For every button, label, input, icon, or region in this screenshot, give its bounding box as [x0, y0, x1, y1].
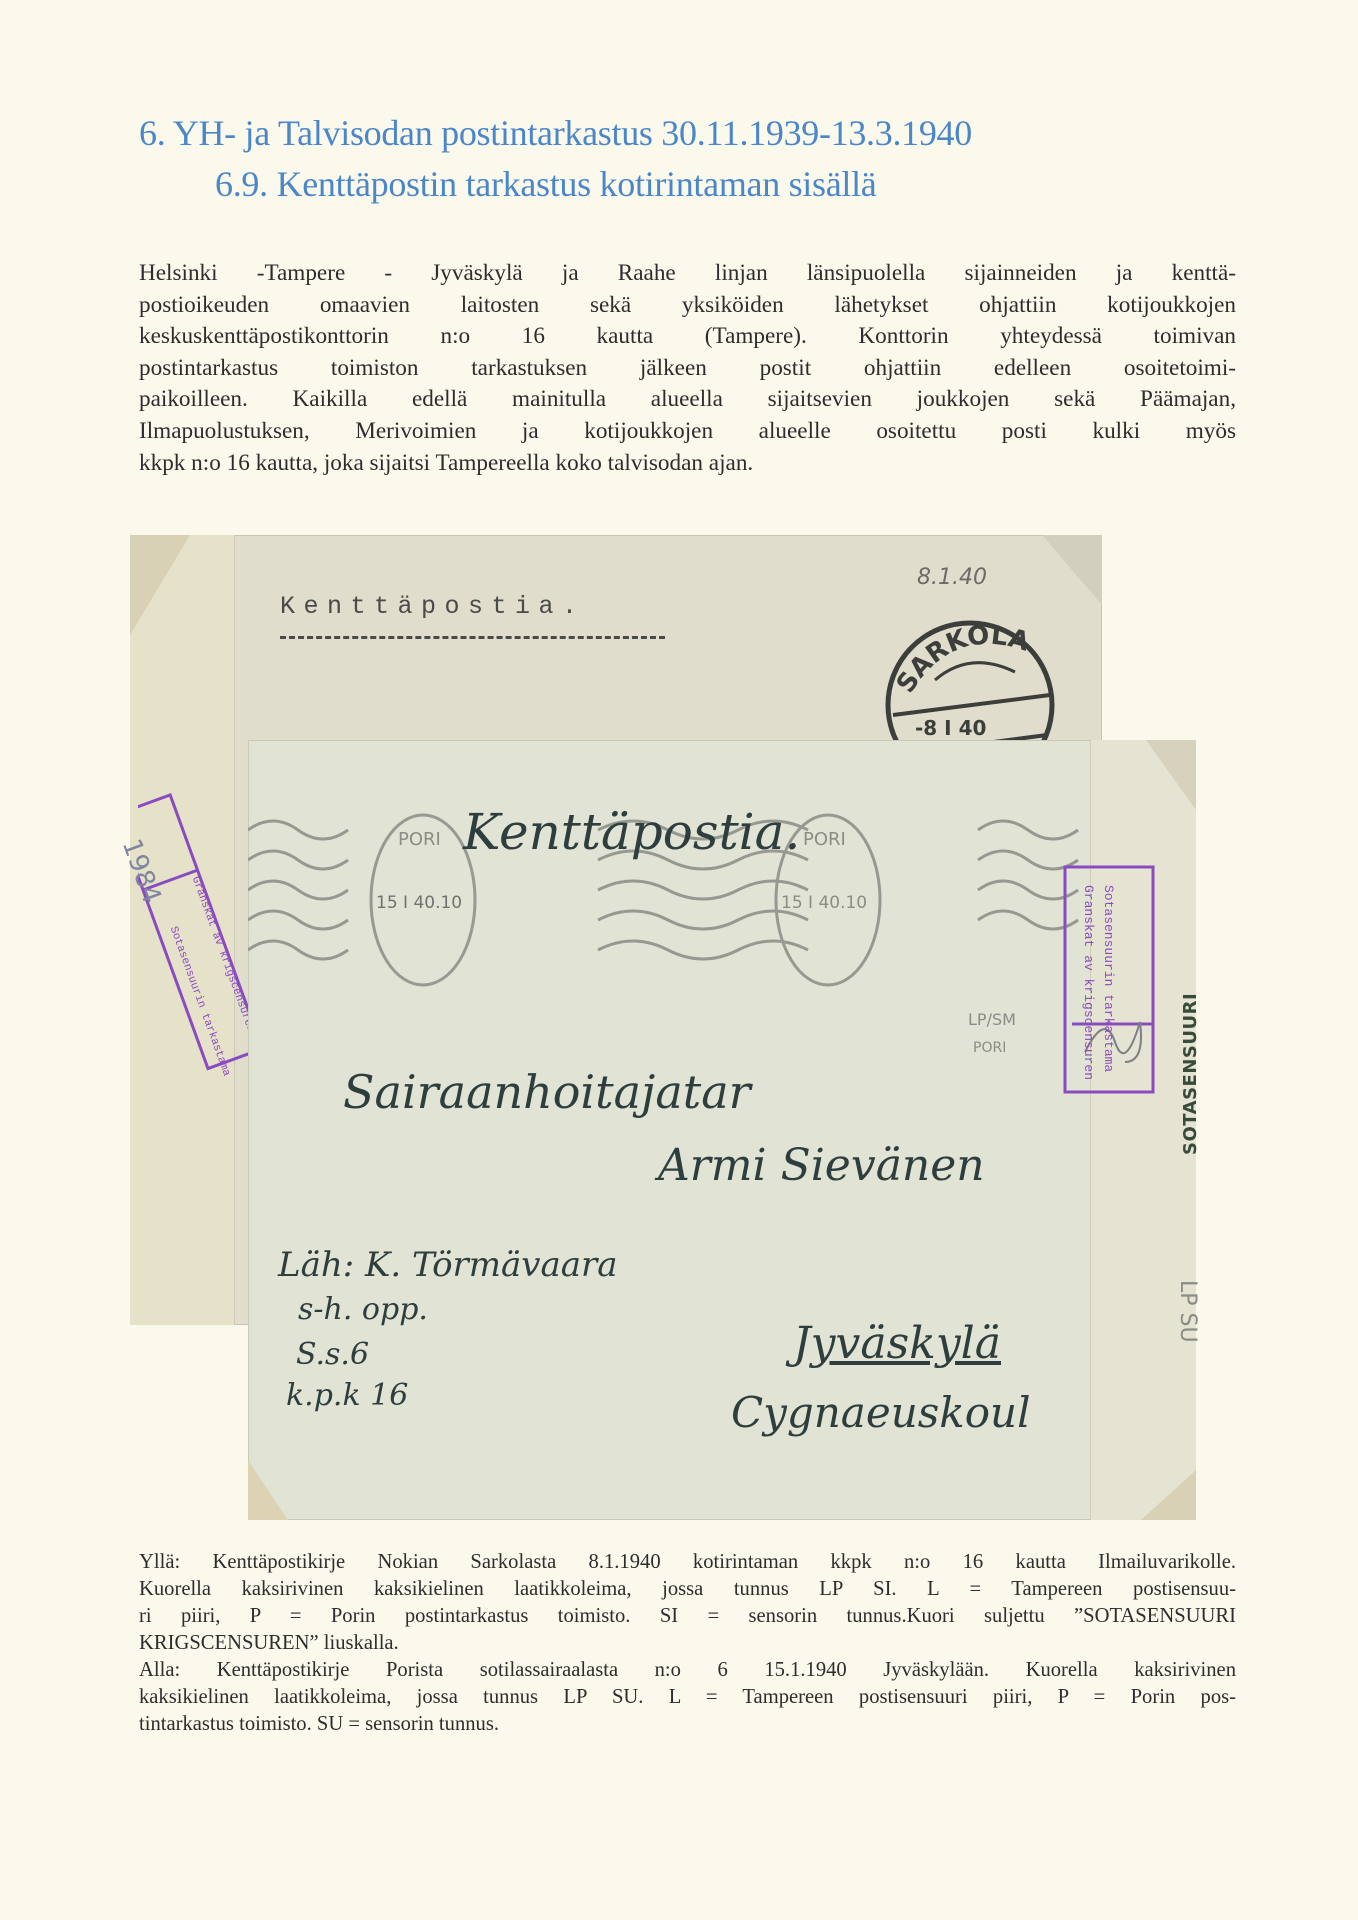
- envelope-corner: [248, 1460, 288, 1520]
- svg-text:PORI: PORI: [398, 829, 441, 850]
- intro-line: kkpk n:o 16 kautta, joka sijaitsi Tamper…: [139, 448, 1236, 480]
- svg-text:-8 I 40: -8 I 40: [915, 716, 986, 740]
- intro-line: postioikeuden omaavien laitosten sekä yk…: [139, 290, 1236, 322]
- pencil-note: LP SU: [1175, 1280, 1200, 1343]
- svg-text:PORI: PORI: [803, 829, 846, 850]
- sender-line: s-h. opp.: [298, 1292, 428, 1327]
- recipient-city: Jyväskylä: [793, 1318, 1001, 1369]
- intro-line: Ilmapuolustuksen, Merivoimien ja kotijou…: [139, 416, 1236, 448]
- pencil-date-note: 8.1.40: [917, 565, 987, 590]
- caption-line: ri piiri, P = Porin postintarkastus toim…: [139, 1603, 1236, 1630]
- intro-line: keskuskenttäpostikonttorin n:o 16 kautta…: [139, 321, 1236, 353]
- censor-stamp-text: Granskat av krigscensuren: [1081, 885, 1096, 1080]
- intro-line: Helsinki -Tampere - Jyväskylä ja Raahe l…: [139, 258, 1236, 290]
- censor-box-stamp-icon: [138, 775, 248, 1075]
- page-title: 6. YH- ja Talvisodan postintarkastus 30.…: [139, 112, 972, 154]
- caption-line: Alla: Kenttäpostikirje Porista sotilassa…: [139, 1657, 1236, 1684]
- caption-line: Yllä: Kenttäpostikirje Nokian Sarkolasta…: [139, 1549, 1236, 1576]
- handwritten-header: Kenttäpostia.: [463, 803, 800, 861]
- intro-paragraph: Helsinki -Tampere - Jyväskylä ja Raahe l…: [139, 258, 1236, 479]
- intro-line: postintarkastus toimiston tarkastuksen j…: [139, 353, 1236, 385]
- envelope-corner: [1146, 740, 1196, 810]
- typed-underline: [280, 636, 665, 639]
- intro-line: paikoilleen. Kaikilla edellä mainitulla …: [139, 384, 1236, 416]
- envelope-corner: [130, 535, 190, 635]
- recipient-title: Sairaanhoitajatar: [343, 1065, 751, 1119]
- recipient-street: Cygnaeuskoul: [731, 1388, 1031, 1437]
- sender-line: k.p.k 16: [286, 1378, 408, 1413]
- sender-line: Läh: K. Törmävaara: [278, 1245, 618, 1285]
- envelope-corner: [1141, 1470, 1196, 1520]
- pencil-note: PORI: [973, 1040, 1006, 1056]
- pencil-note: LP/SM: [968, 1010, 1016, 1029]
- page-subtitle: 6.9. Kenttäpostin tarkastus kotirintaman…: [215, 163, 876, 205]
- svg-text:15 I 40.10: 15 I 40.10: [781, 893, 867, 913]
- censor-tape-label: SOTASENSUURI: [1180, 993, 1201, 1155]
- svg-text:SARKOLA: SARKOLA: [891, 620, 1032, 698]
- recipient-name: Armi Sievänen: [658, 1140, 985, 1191]
- envelope-corner: [1042, 535, 1102, 605]
- caption-paragraph: Yllä: Kenttäpostikirje Nokian Sarkolasta…: [139, 1549, 1236, 1738]
- censor-stamp-text: Sotasensuurin tarkastama: [1101, 885, 1116, 1072]
- sender-line: S.s.6: [296, 1337, 369, 1372]
- caption-line: kaksikielinen laatikkoleima, jossa tunnu…: [139, 1684, 1236, 1711]
- caption-line: tintarkastus toimisto. SU = sensorin tun…: [139, 1711, 1236, 1738]
- typed-field-post-label: Kenttäpostia.: [280, 592, 586, 621]
- caption-line: KRIGSCENSUREN” liuskalla.: [139, 1630, 1236, 1657]
- caption-line: Kuorella kaksirivinen kaksikielinen laat…: [139, 1576, 1236, 1603]
- svg-text:15 I 40.10: 15 I 40.10: [376, 893, 462, 913]
- envelope-bottom-image: 15 I 40.10 15 I 40.10 PORI PORI Kenttäpo…: [248, 740, 1196, 1520]
